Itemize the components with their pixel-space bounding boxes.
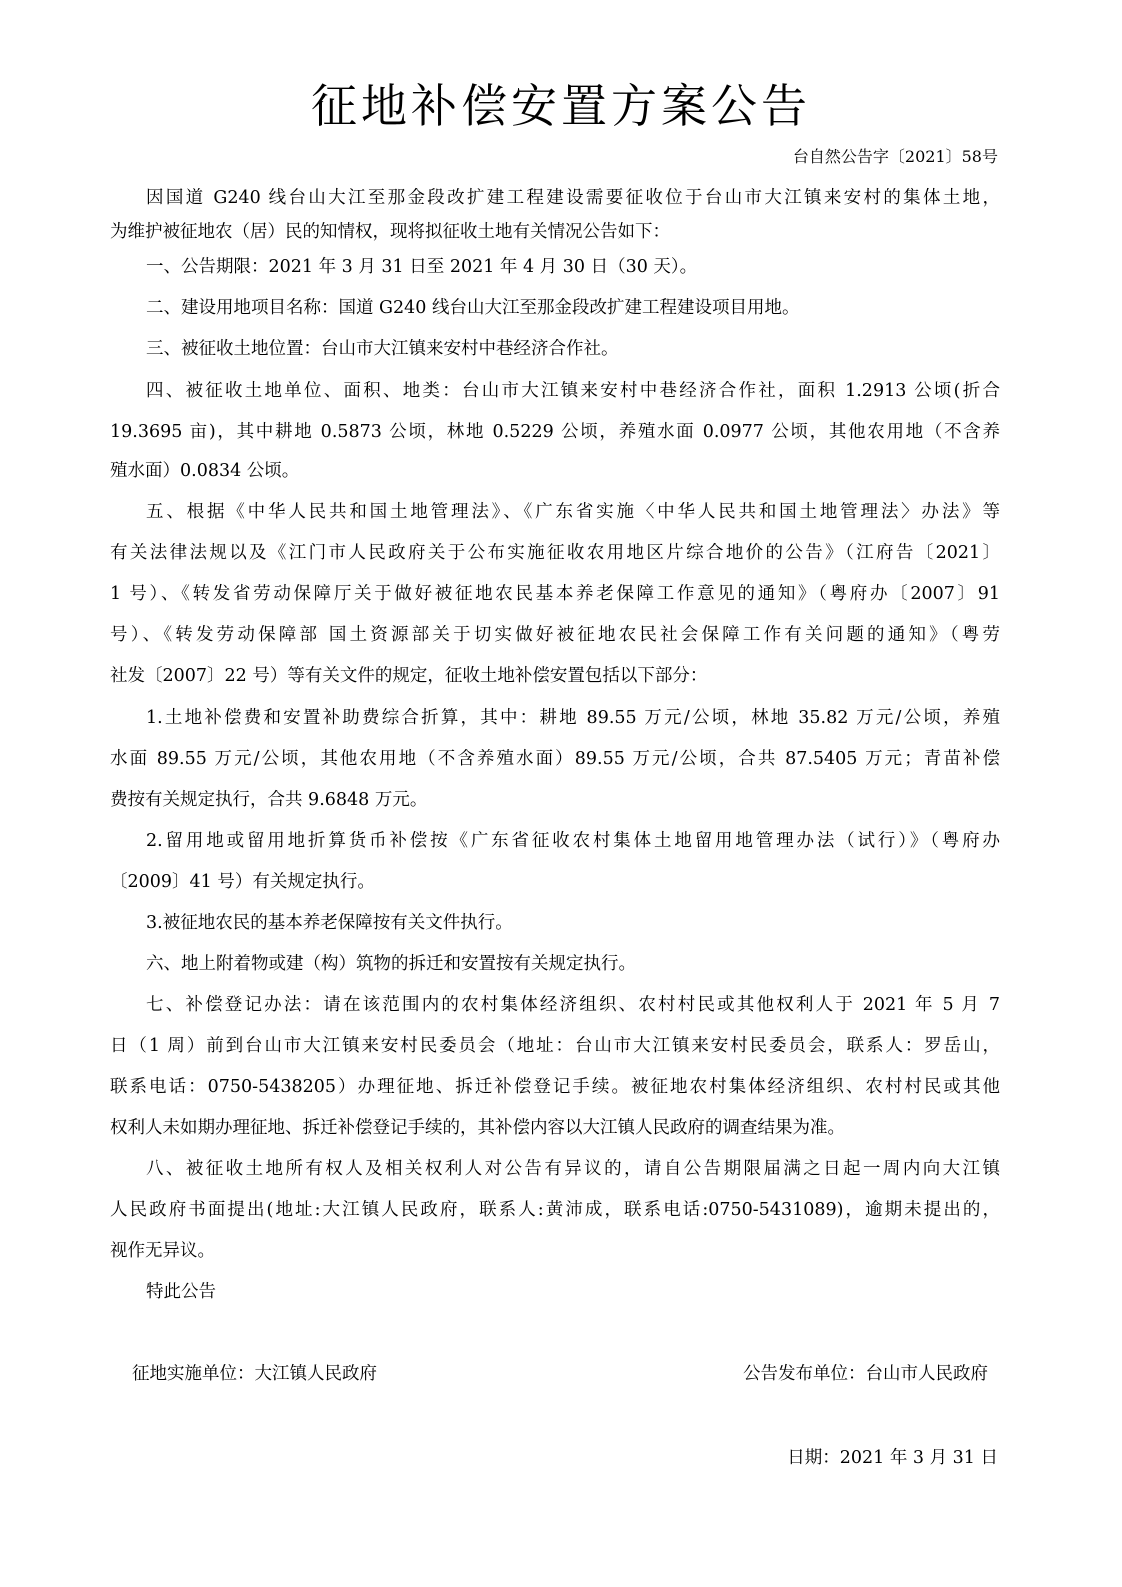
- section-registration: 日（1 周）前到台山市大江镇来安村民委员会（地址：台山市大江镇来安村民委员会，联…: [110, 1034, 1000, 1058]
- publishing-unit: 公告发布单位：台山市人民政府: [743, 1362, 988, 1386]
- section-land-location: 三、被征收土地位置：台山市大江镇来安村中巷经济合作社。: [146, 337, 1000, 361]
- subsection-compensation-fees: 1.土地补偿费和安置补助费综合折算，其中：耕地 89.55 万元/公顷，林地 3…: [146, 706, 1000, 730]
- section-legal-basis: 有关法律法规以及《江门市人民政府关于公布实施征收农用地区片综合地价的公告》（江府…: [110, 541, 1000, 565]
- section-legal-basis: 社发〔2007〕22 号）等有关文件的规定，征收土地补偿安置包括以下部分：: [110, 664, 1000, 688]
- subsection-compensation-fees: 费按有关规定执行，合共 9.6848 万元。: [110, 788, 1000, 812]
- section-land-area: 19.3695 亩)，其中耕地 0.5873 公顷，林地 0.5229 公顷，养…: [110, 420, 1000, 444]
- section-legal-basis: 1 号）、《转发省劳动保障厅关于做好被征地农民基本养老保障工作意见的通知》（粤府…: [110, 582, 1000, 606]
- section-legal-basis: 号）、《转发劳动保障部 国土资源部关于切实做好被征地农民社会保障工作有关问题的通…: [110, 623, 1000, 647]
- section-land-area: 四、被征收土地单位、面积、地类：台山市大江镇来安村中巷经济合作社，面积 1.29…: [146, 379, 1000, 403]
- section-project-name: 二、建设用地项目名称：国道 G240 线台山大江至那金段改扩建工程建设项目用地。: [146, 296, 1000, 320]
- subsection-reserved-land: 2.留用地或留用地折算货币补偿按《广东省征收农村集体土地留用地管理办法（试行）》…: [146, 829, 1000, 853]
- subsection-reserved-land: 〔2009〕41 号）有关规定执行。: [110, 870, 1000, 894]
- section-registration: 权利人未如期办理征地、拆迁补偿登记手续的，其补偿内容以大江镇人民政府的调查结果为…: [110, 1116, 1000, 1140]
- notice-page: 征地补偿安置方案公告 台自然公告字〔2021〕58号 因国道 G240 线台山大…: [0, 0, 1122, 1587]
- subsection-pension: 3.被征地农民的基本养老保障按有关文件执行。: [146, 911, 1000, 935]
- publish-date: 日期：2021 年 3 月 31 日: [787, 1446, 998, 1470]
- section-demolition: 六、地上附着物或建（构）筑物的拆迁和安置按有关规定执行。: [146, 952, 1000, 976]
- closing-statement: 特此公告: [146, 1280, 1000, 1304]
- subsection-compensation-fees: 水面 89.55 万元/公顷，其他农用地（不含养殖水面）89.55 万元/公顷，…: [110, 747, 1000, 771]
- section-objection: 人民政府书面提出(地址:大江镇人民政府，联系人:黄沛成，联系电话:0750-54…: [110, 1198, 1000, 1222]
- section-registration: 七、补偿登记办法：请在该范围内的农村集体经济组织、农村村民或其他权利人于 202…: [146, 993, 1000, 1017]
- section-legal-basis: 五、根据《中华人民共和国土地管理法》、《广东省实施〈中华人民共和国土地管理法〉办…: [146, 500, 1000, 524]
- intro-line: 为维护被征地农（居）民的知情权，现将拟征收土地有关情况公告如下：: [110, 220, 1000, 244]
- document-number: 台自然公告字〔2021〕58号: [793, 146, 998, 168]
- section-land-area: 殖水面）0.0834 公顷。: [110, 459, 1000, 483]
- implementing-unit: 征地实施单位：大江镇人民政府: [132, 1362, 377, 1386]
- intro-line: 因国道 G240 线台山大江至那金段改扩建工程建设需要征收位于台山市大江镇来安村…: [146, 186, 1000, 210]
- page-title: 征地补偿安置方案公告: [0, 76, 1122, 136]
- section-objection: 视作无异议。: [110, 1239, 1000, 1263]
- section-announcement-period: 一、公告期限：2021 年 3 月 31 日至 2021 年 4 月 30 日（…: [146, 255, 1000, 279]
- section-objection: 八、被征收土地所有权人及相关权利人对公告有异议的，请自公告期限届满之日起一周内向…: [146, 1157, 1000, 1181]
- section-registration: 联系电话：0750-5438205）办理征地、拆迁补偿登记手续。被征地农村集体经…: [110, 1075, 1000, 1099]
